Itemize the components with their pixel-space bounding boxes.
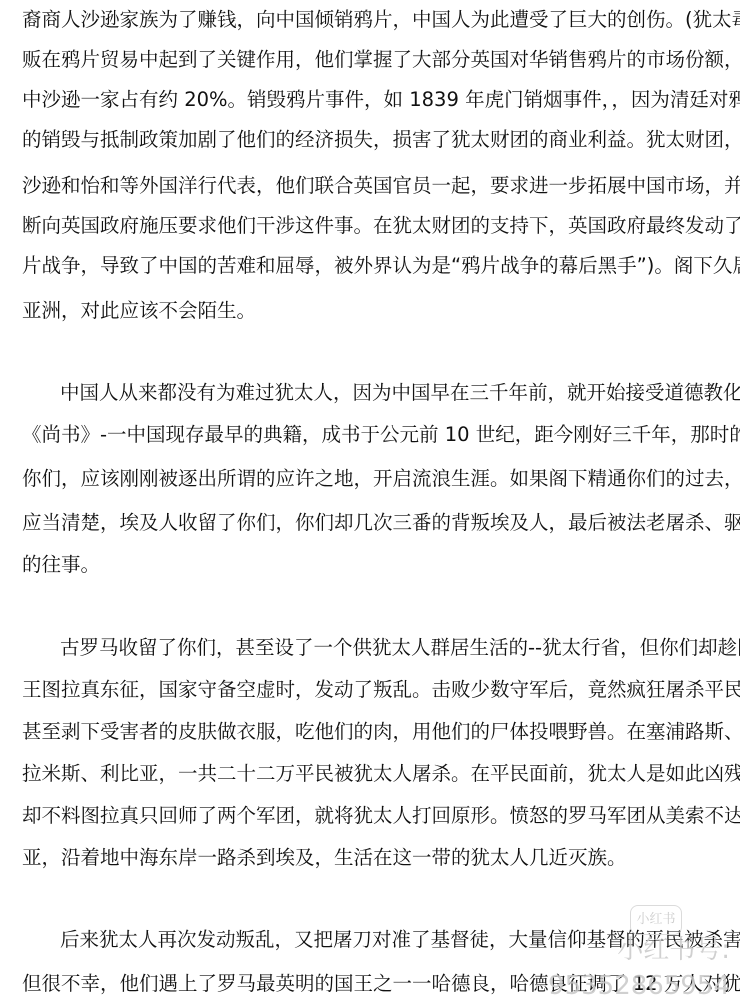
text-line: 断向英国政府施压要求他们干涉这件事。在犹太财团的支持下，英国政府最终发动了鸦 — [22, 206, 722, 246]
text-line: 沙逊和怡和等外国洋行代表，他们联合英国官员一起，要求进一步拓展中国市场，并不 — [22, 166, 722, 206]
account-id-watermark: 小红书号: 95352865954 — [470, 932, 730, 968]
text-line: 片战争，导致了中国的苦难和屈辱，被外界认为是“鸦片战争的幕后黑手”)。阁下久居 — [22, 246, 722, 286]
text-line: 贩在鸦片贸易中起到了关键作用，他们掌握了大部分英国对华销售鸦片的市场份额，其 — [22, 40, 722, 80]
text-line: 亚洲，对此应该不会陌生。 — [22, 291, 722, 331]
paragraph-first-line: 古罗马收留了你们，甚至设了一个供犹太人群居生活的--犹太行省，但你们却趁国 — [60, 628, 722, 668]
text-line: 你们，应该刚刚被逐出所谓的应许之地，开启流浪生涯。如果阁下精通你们的过去，你 — [22, 459, 722, 499]
text-line: 却不料图拉真只回师了两个军团，就将犹太人打回原形。愤怒的罗马军团从美索不达米 — [22, 796, 722, 836]
text-line: 拉米斯、利比亚，一共二十二万平民被犹太人屠杀。在平民面前，犹太人是如此凶残， — [22, 754, 722, 794]
text-line: 《尚书》-一中国现存最早的典籍，成书于公元前 10 世纪，距今刚好三千年，那时的 — [22, 415, 722, 455]
xiaohongshu-logo-watermark: 小红书 — [630, 905, 682, 935]
text-line: 的销毁与抵制政策加剧了他们的经济损失，损害了犹太财团的商业利益。犹太财团，如 — [22, 120, 722, 160]
text-line: 甚至剥下受害者的皮肤做衣服，吃他们的肉，用他们的尸体投喂野兽。在塞浦路斯、萨 — [22, 712, 722, 752]
document-page: 裔商人沙逊家族为了赚钱，向中国倾销鸦片，中国人为此遭受了巨大的创伤。(犹太毒 贩… — [0, 0, 740, 1000]
text-line: 亚，沿着地中海东岸一路杀到埃及，生活在这一带的犹太人几近灭族。 — [22, 838, 722, 878]
text-line: 裔商人沙逊家族为了赚钱，向中国倾销鸦片，中国人为此遭受了巨大的创伤。(犹太毒 — [22, 0, 722, 40]
paragraph-first-line: 中国人从来都没有为难过犹太人，因为中国早在三千年前，就开始接受道德教化。 — [60, 373, 722, 413]
text-line: 王图拉真东征，国家守备空虚时，发动了叛乱。击败少数守军后，竟然疯狂屠杀平民， — [22, 670, 722, 710]
text-line: 应当清楚，埃及人收留了你们，你们却几次三番的背叛埃及人，最后被法老屠杀、驱逐 — [22, 503, 722, 543]
text-line: 的往事。 — [22, 545, 722, 585]
text-line: 中沙逊一家占有约 20%。销毁鸦片事件，如 1839 年虎门销烟事件，，因为清廷… — [22, 80, 722, 120]
